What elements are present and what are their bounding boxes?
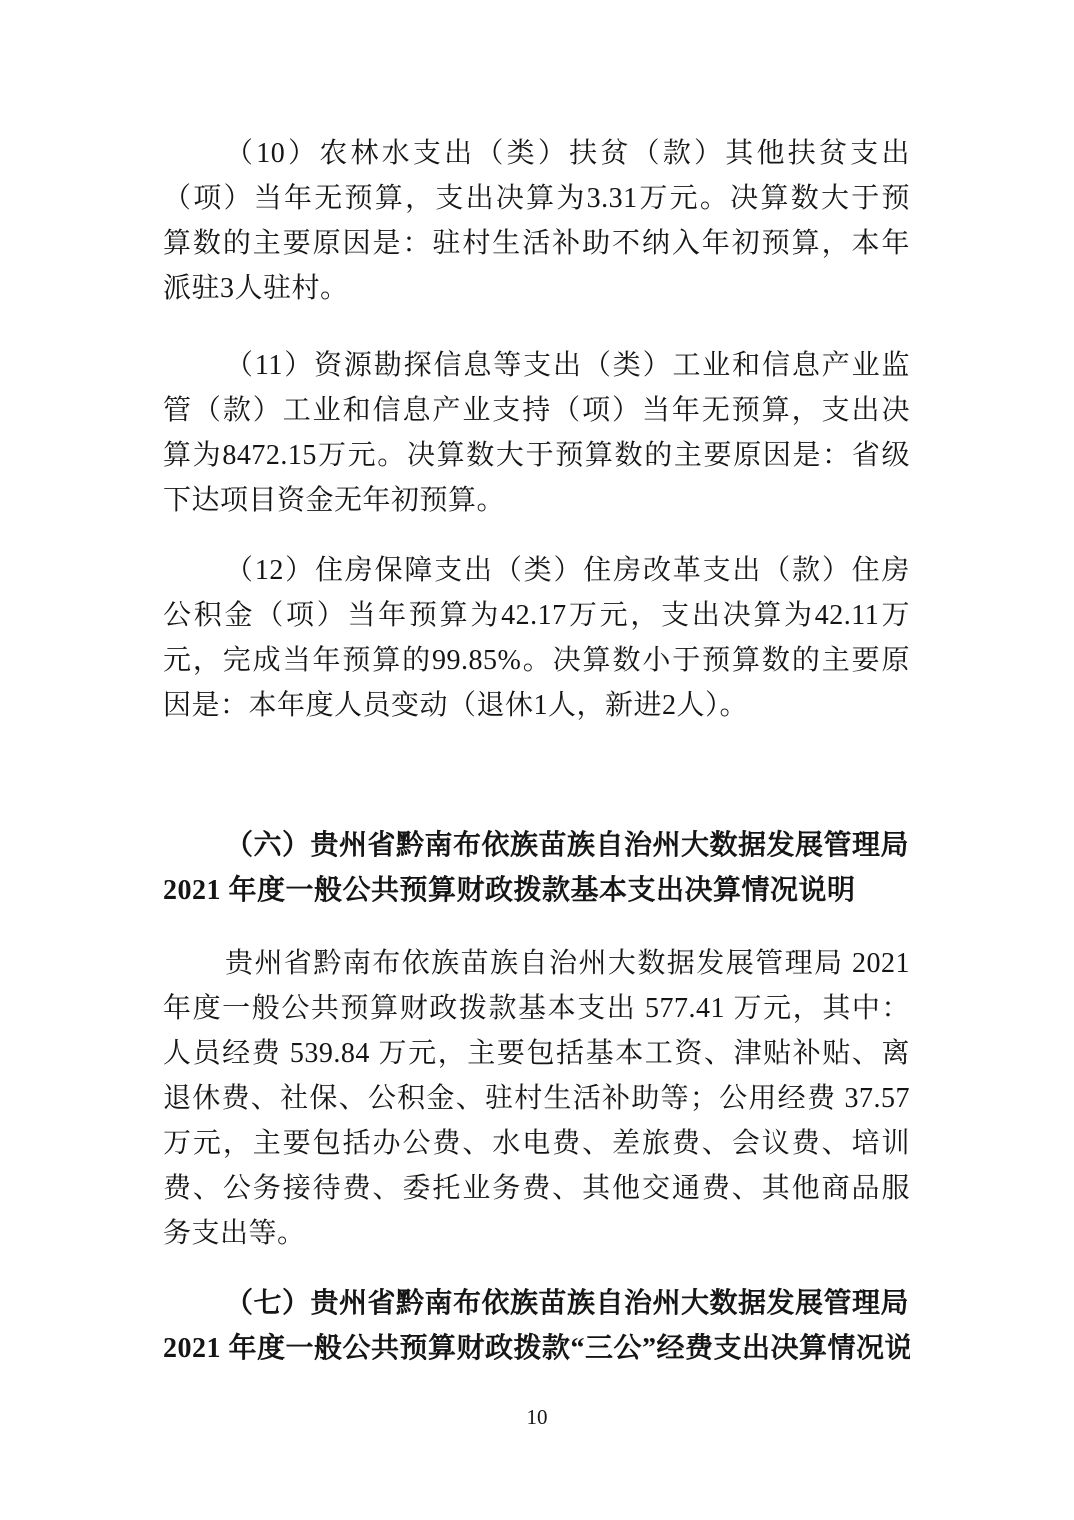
text-line: 务支出等。: [163, 1211, 910, 1256]
text-line: （12）住房保障支出（类）住房改革支出（款）住房: [163, 548, 910, 593]
budget-item-10: （10）农林水支出（类）扶贫（款）其他扶贫支出（项）当年无预算，支出决算为3.3…: [163, 131, 910, 311]
text-line: 因是：本年度人员变动（退休1人，新进2人）。: [163, 683, 910, 728]
heading-line: 2021 年度一般公共预算财政拨款“三公”经费支出决算情况说明: [163, 1326, 910, 1371]
text-line: 管（款）工业和信息产业支持（项）当年无预算，支出决: [163, 388, 910, 433]
text-line: 下达项目资金无年初预算。: [163, 478, 910, 523]
text-line: 算数的主要原因是：驻村生活补助不纳入年初预算，本年: [163, 221, 910, 266]
text-line: 人员经费 539.84 万元，主要包括基本工资、津贴补贴、离: [163, 1031, 910, 1076]
text-line: （10）农林水支出（类）扶贫（款）其他扶贫支出: [163, 131, 910, 176]
text-line: 贵州省黔南布依族苗族自治州大数据发展管理局 2021: [163, 941, 910, 986]
text-line: （项）当年无预算，支出决算为3.31万元。决算数大于预: [163, 176, 910, 221]
heading-line: （六）贵州省黔南布依族苗族自治州大数据发展管理局: [163, 823, 910, 868]
document-content: （10）农林水支出（类）扶贫（款）其他扶贫支出（项）当年无预算，支出决算为3.3…: [163, 131, 910, 1371]
basic-expenditure-paragraph: 贵州省黔南布依族苗族自治州大数据发展管理局 2021年度一般公共预算财政拨款基本…: [163, 941, 910, 1256]
text-line: 派驻3人驻村。: [163, 266, 910, 311]
text-line: 退休费、社保、公积金、驻村生活补助等；公用经费 37.57: [163, 1076, 910, 1121]
text-line: 公积金（项）当年预算为42.17万元，支出决算为42.11万: [163, 593, 910, 638]
page-number: 10: [0, 1402, 1074, 1432]
text-line: 年度一般公共预算财政拨款基本支出 577.41 万元，其中：: [163, 986, 910, 1031]
budget-item-11: （11）资源勘探信息等支出（类）工业和信息产业监管（款）工业和信息产业支持（项）…: [163, 343, 910, 523]
budget-item-12: （12）住房保障支出（类）住房改革支出（款）住房公积金（项）当年预算为42.17…: [163, 548, 910, 728]
text-line: 元，完成当年预算的99.85%。决算数小于预算数的主要原: [163, 638, 910, 683]
text-line: 万元，主要包括办公费、水电费、差旅费、会议费、培训: [163, 1121, 910, 1166]
heading-line: （七）贵州省黔南布依族苗族自治州大数据发展管理局: [163, 1281, 910, 1326]
section-7-heading: （七）贵州省黔南布依族苗族自治州大数据发展管理局2021 年度一般公共预算财政拨…: [163, 1281, 910, 1371]
document-page: （10）农林水支出（类）扶贫（款）其他扶贫支出（项）当年无预算，支出决算为3.3…: [0, 0, 1074, 1520]
heading-line: 2021 年度一般公共预算财政拨款基本支出决算情况说明: [163, 868, 910, 913]
text-line: （11）资源勘探信息等支出（类）工业和信息产业监: [163, 343, 910, 388]
section-6-heading: （六）贵州省黔南布依族苗族自治州大数据发展管理局2021 年度一般公共预算财政拨…: [163, 823, 910, 913]
text-line: 费、公务接待费、委托业务费、其他交通费、其他商品服: [163, 1166, 910, 1211]
text-line: 算为8472.15万元。决算数大于预算数的主要原因是：省级: [163, 433, 910, 478]
